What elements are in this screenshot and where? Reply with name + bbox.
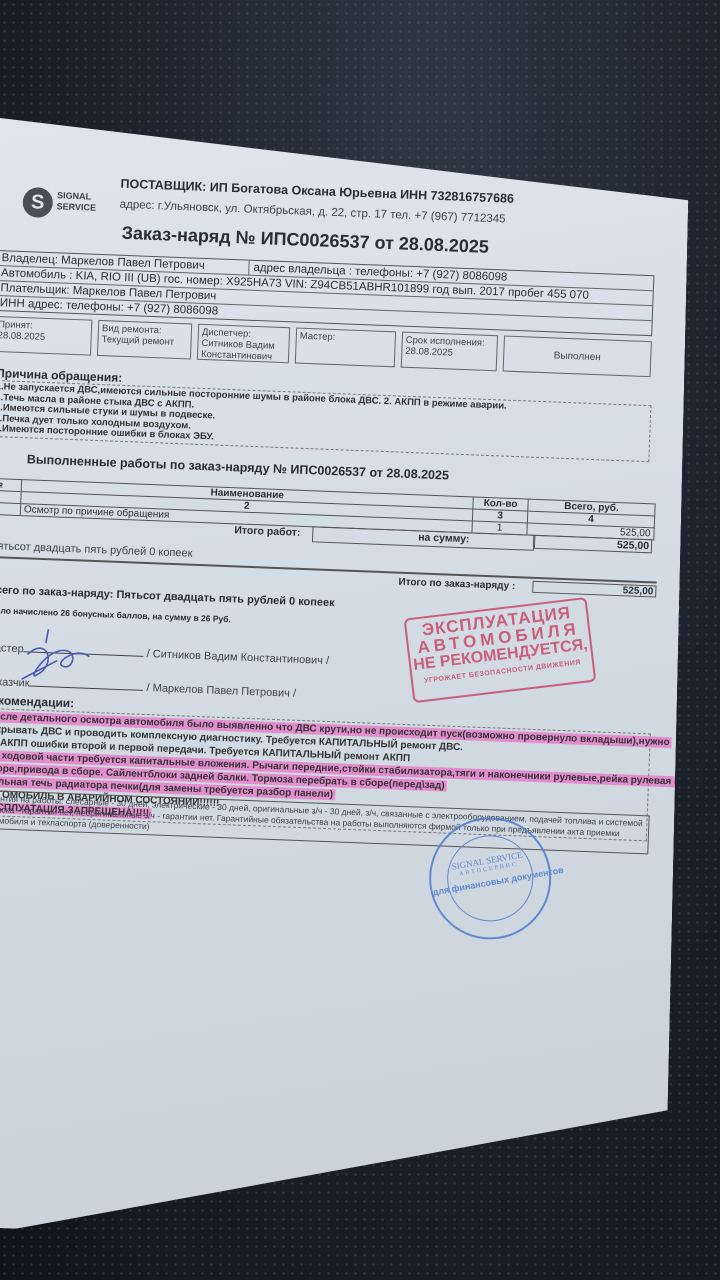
master-box: Мастер: (295, 328, 396, 368)
bonus-points: Было начислено 26 бонусных баллов, на су… (0, 605, 231, 624)
grand-total-value: 525,00 (532, 581, 656, 598)
recommendations-title: Рекомендации: (0, 693, 74, 710)
status-badge: Выполнен (503, 336, 652, 378)
works-title: Выполненные работы по заказ-наряду № ИПС… (27, 452, 450, 482)
total-in-words: Всего по заказ-наряду: Пятьсот двадцать … (0, 584, 335, 609)
deadline-box: Срок исполнения:28.08.2025 (401, 332, 498, 372)
dispatcher-box: Диспетчер:Ситников Вадим Константинович (197, 324, 290, 364)
work-order-sheet: S SIGNALSERVICE ПОСТАВЩИК: ИП Богатова О… (0, 118, 690, 1243)
signal-service-logo: S SIGNALSERVICE (22, 185, 93, 222)
document-title: Заказ-наряд № ИПС0026537 от 28.08.2025 (121, 223, 489, 258)
logo-mark-icon: S (22, 187, 53, 218)
reason-list: 1.Не запускается ДВС,имеются сильные пос… (0, 380, 651, 462)
received-box: Принят:28.08.2025 (0, 316, 92, 356)
not-recommended-stamp: ЭКСПЛУАТАЦИЯ АВТОМОБИЛЯ НЕ РЕКОМЕНДУЕТСЯ… (404, 597, 597, 703)
repair-type-box: Вид ремонта:Текущий ремонт (97, 320, 192, 360)
